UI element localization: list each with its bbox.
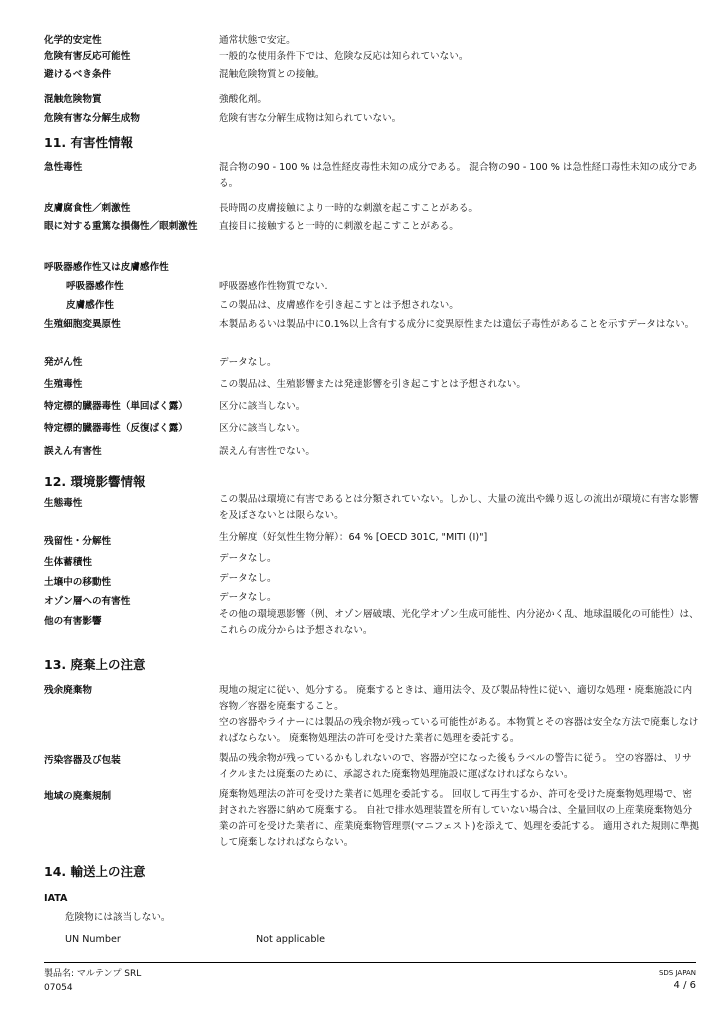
field-value: 区分に該当しない。 <box>219 421 699 437</box>
field-value: 呼吸器感作性物質でない. <box>219 279 699 295</box>
field-label: 危険有害反応可能性 <box>44 49 220 65</box>
field-value: 危険有害な分解生成物は知られていない。 <box>219 111 699 127</box>
footer-product-code: 07054 <box>44 981 73 995</box>
field-value: 区分に該当しない。 <box>219 399 699 415</box>
field-label: 生殖毒性 <box>44 377 220 393</box>
field-value: 強酸化剤。 <box>219 92 699 108</box>
field-value: 生分解度（好気性生物分解）：64 % [OECD 301C, "MITI (I)… <box>219 530 699 546</box>
field-label: 生体蓄積性 <box>44 555 220 571</box>
section-heading: 12. 環境影響情報 <box>44 473 146 491</box>
field-label: 急性毒性 <box>44 160 220 176</box>
field-label: 特定標的臓器毒性（反復ばく露） <box>44 421 220 437</box>
field-value: この製品は、皮膚感作を引き起こすとは予想されない。 <box>219 298 699 314</box>
footer-page-number: 4 / 6 <box>674 979 696 993</box>
field-value: データなし。 <box>219 355 699 371</box>
field-label: 混触危険物質 <box>44 92 220 108</box>
field-value: その他の環境悪影響（例、オゾン層破壊、光化学オゾン生成可能性、内分泌かく乱、地球… <box>219 607 699 639</box>
field-value: 本製品あるいは製品中に0.1%以上含有する成分に変異原性または遺伝子毒性があるこ… <box>219 317 699 333</box>
field-label: 生態毒性 <box>44 496 220 512</box>
field-value: 製品の残余物が残っているかもしれないので、容器が空になった後もラベルの警告に従う… <box>219 751 699 783</box>
field-label: 他の有害影響 <box>44 614 220 630</box>
field-value: 一般的な使用条件下では、危険な反応は知られていない。 <box>219 49 699 65</box>
field-label: 残余廃棄物 <box>44 683 220 699</box>
field-label: 呼吸器感作性 <box>66 279 242 295</box>
field-value: データなし。 <box>219 590 699 606</box>
field-value: 長時間の皮膚接触により一時的な刺激を起こすことがある。 <box>219 201 699 217</box>
field-value: この製品は、生殖影響または発達影響を引き起こすとは予想されない。 <box>219 377 699 393</box>
field-value: 空の容器やライナーには製品の残余物が残っている可能性がある。本物質とその容器は安… <box>219 715 699 747</box>
field-value: 現地の規定に従い、処分する。 廃棄するときは、適用法令、及び製品特性に従い、適切… <box>219 683 699 715</box>
field-label: 発がん性 <box>44 355 220 371</box>
field-label: 呼吸器感作性又は皮膚感作性 <box>44 260 344 276</box>
field-value: 誤えん有害性でない。 <box>219 444 699 460</box>
field-value: 廃棄物処理法の許可を受けた業者に処理を委託する。 回収して再生するか、許可を受け… <box>219 787 699 851</box>
section-heading: 13. 廃棄上の注意 <box>44 656 146 674</box>
field-value: この製品は環境に有害であるとは分類されていない。しかし、大量の流出や繰り返しの流… <box>219 492 699 524</box>
field-value: データなし。 <box>219 551 699 567</box>
field-label: 避けるべき条件 <box>44 67 220 83</box>
field-label: 汚染容器及び包装 <box>44 753 220 769</box>
field-label: 誤えん有害性 <box>44 444 220 460</box>
section-heading: 14. 輸送上の注意 <box>44 863 146 881</box>
field-label: 特定標的臓器毒性（単回ばく露） <box>44 399 220 415</box>
field-label: 眼に対する重篤な損傷性／眼刺激性 <box>44 219 222 235</box>
field-label: オゾン層への有害性 <box>44 594 220 610</box>
field-label: 残留性・分解性 <box>44 534 220 550</box>
field-value: 通常状態で安定。 <box>219 33 699 49</box>
field-value: データなし。 <box>219 571 699 587</box>
field-label: 皮膚腐食性／刺激性 <box>44 201 220 217</box>
field-label: 皮膚感作性 <box>66 298 242 314</box>
field-label: 生殖細胞変異原性 <box>44 317 220 333</box>
iata-label: IATA <box>44 891 67 907</box>
field-label: 地域の廃棄規制 <box>44 789 220 805</box>
field-value: 混触危険物質との接触。 <box>219 67 699 83</box>
footer-doc-type: SDS JAPAN <box>659 968 696 978</box>
field-label: 危険有害な分解生成物 <box>44 111 220 127</box>
field-label: 土壌中の移動性 <box>44 575 220 591</box>
un-number-label: UN Number <box>65 932 121 948</box>
footer-divider <box>44 962 696 963</box>
field-label: 化学的安定性 <box>44 33 220 49</box>
field-value: 混合物の90 - 100 % は急性経皮毒性未知の成分である。 混合物の90 -… <box>219 160 699 192</box>
not-dangerous-goods-text: 危険物には該当しない。 <box>65 910 171 926</box>
field-value: 直接目に接触すると一時的に刺激を起こすことがある。 <box>219 219 699 235</box>
un-number-value: Not applicable <box>256 932 325 948</box>
footer-product-name: 製品名: マルテンプ SRL <box>44 967 141 981</box>
section-heading: 11. 有害性情報 <box>44 134 133 152</box>
